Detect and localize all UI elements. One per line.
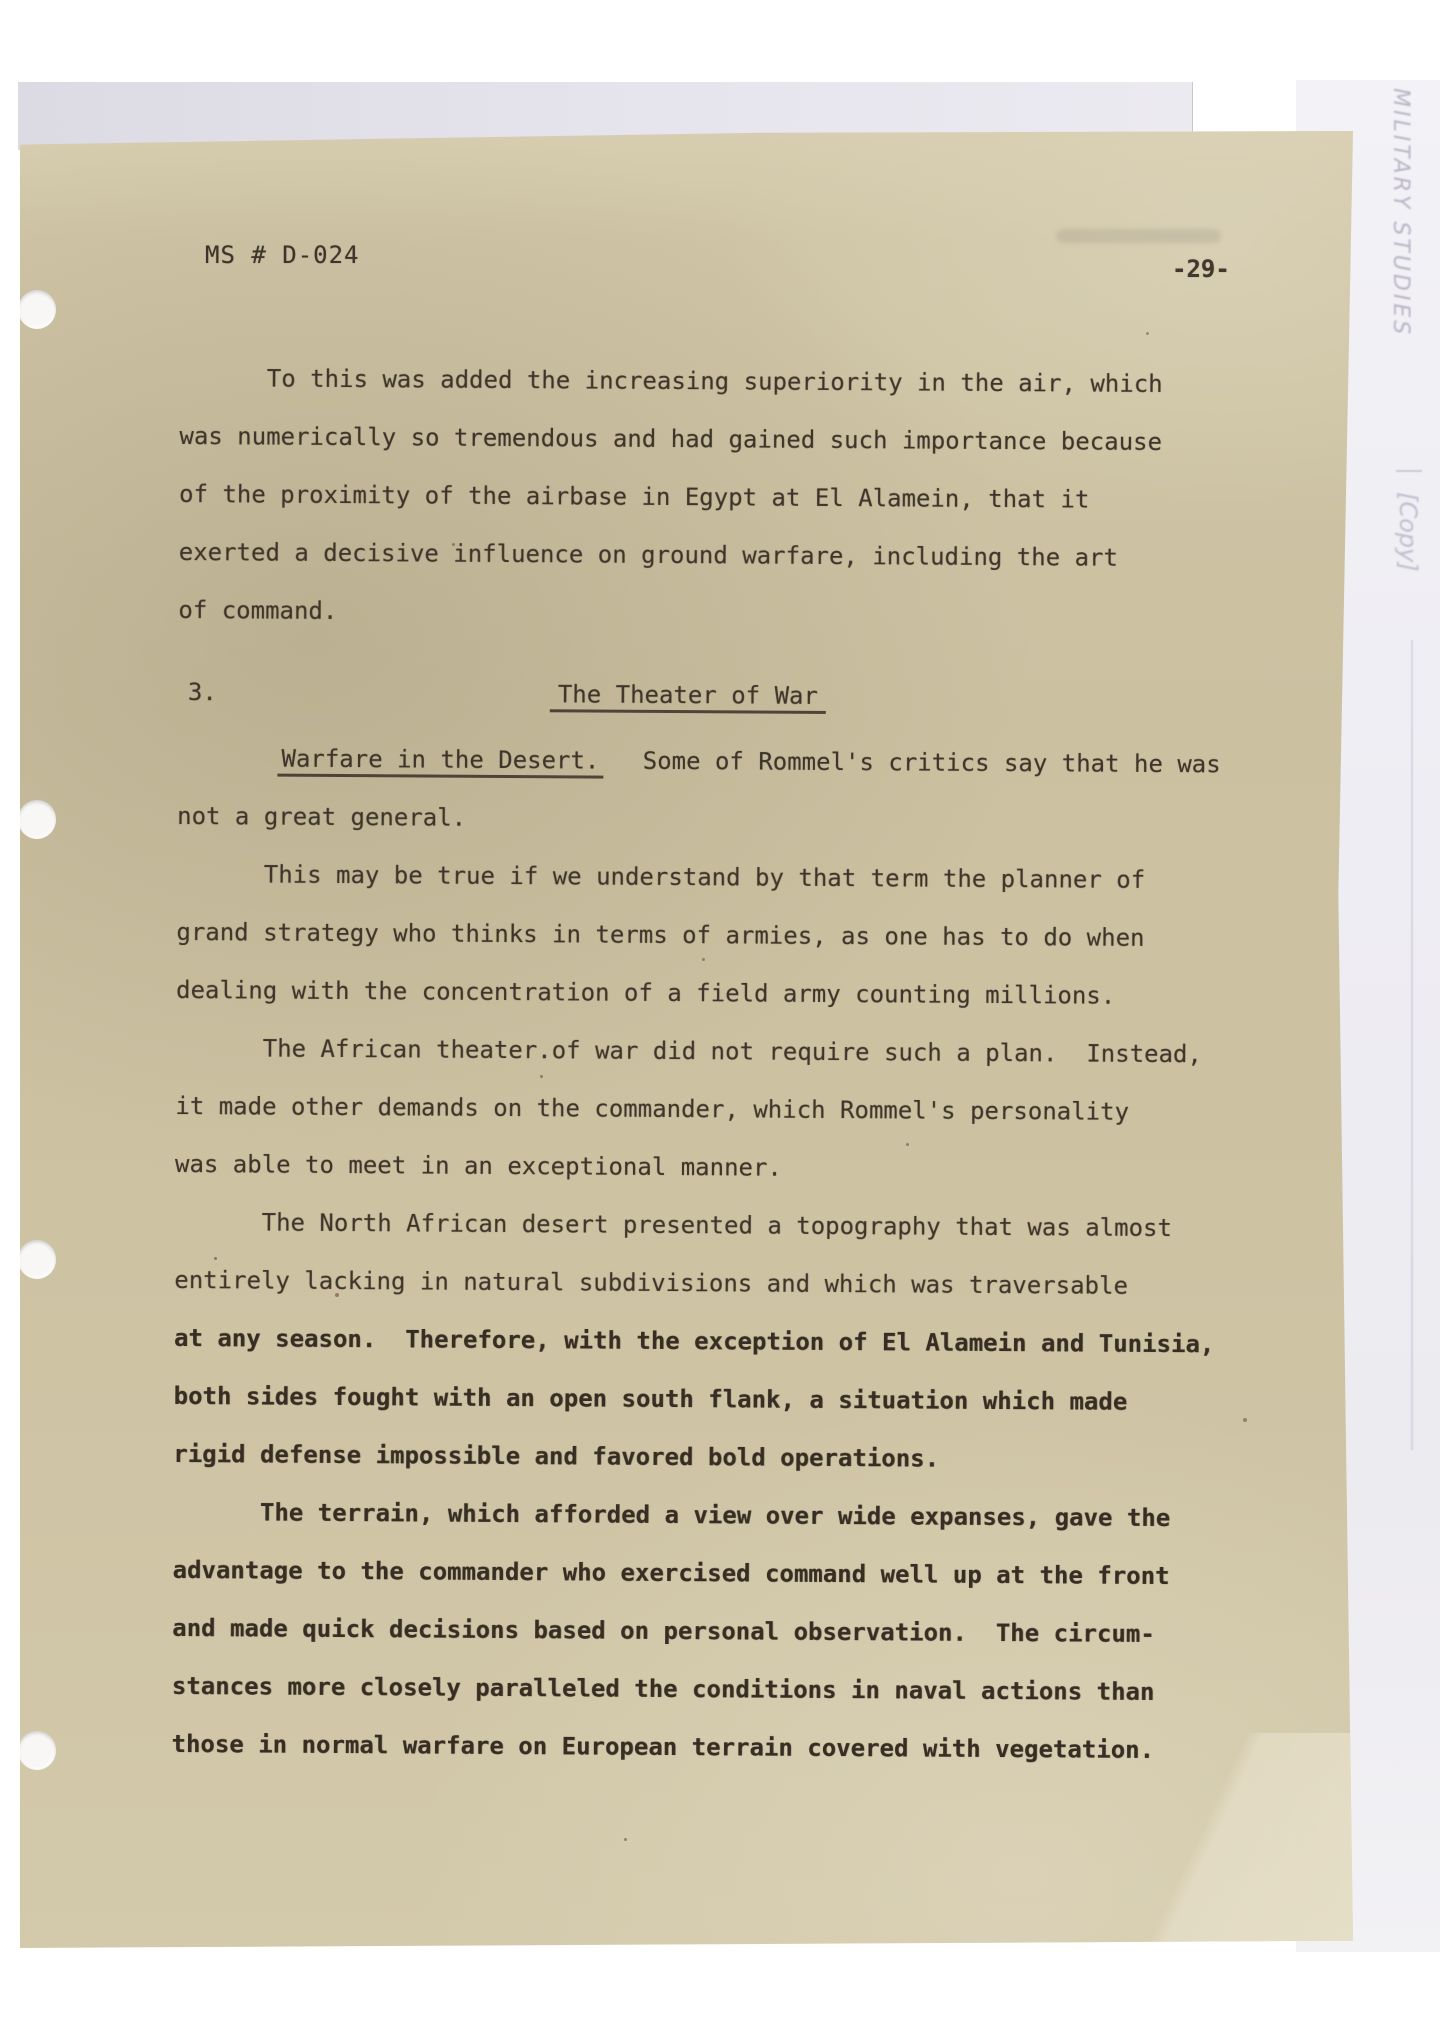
typed-line: stances more closely paralleled the cond… <box>172 1657 1192 1721</box>
paper-speck <box>452 543 455 546</box>
paper-smudge <box>1056 229 1221 243</box>
underlined-run-in-heading: Warfare in the Desert. <box>277 745 603 779</box>
typed-line: 3.The Theater of War <box>178 663 1198 727</box>
typed-line: was numerically so tremendous and had ga… <box>179 407 1199 471</box>
typed-line: To this was added the increasing superio… <box>180 349 1200 413</box>
punch-hole <box>18 800 56 839</box>
paper-speck <box>214 1257 217 1260</box>
typed-line: of command. <box>178 581 1198 645</box>
page-number: -29- <box>1172 255 1230 283</box>
typed-line: not a great general. <box>177 787 1197 851</box>
section-number: 3. <box>188 663 217 721</box>
typed-line: it made other demands on the commander, … <box>175 1077 1195 1141</box>
paper-speck <box>978 762 981 765</box>
section-title: The Theater of War <box>550 680 826 714</box>
typed-line: The terrain, which afforded a view over … <box>173 1483 1193 1547</box>
punch-hole <box>18 1731 56 1770</box>
typed-line: rigid defense impossible and favored bol… <box>173 1425 1193 1489</box>
punch-hole <box>18 1240 56 1279</box>
typed-line: Warfare in the Desert. Some of Rommel's … <box>177 729 1197 793</box>
typed-line: was able to meet in an exceptional manne… <box>175 1135 1195 1199</box>
manuscript-number: MS # D-024 <box>205 241 360 269</box>
paper-speck <box>1146 332 1149 335</box>
typed-line: advantage to the commander who exercised… <box>172 1541 1192 1605</box>
paper-speck <box>624 1838 627 1841</box>
typed-line: both sides fought with an open south fla… <box>173 1367 1193 1431</box>
paper-speck <box>906 1143 909 1146</box>
pencil-tick-mark <box>1396 470 1422 472</box>
paper-speck <box>702 958 705 961</box>
paper-speck <box>1243 1418 1247 1422</box>
typed-line: and made quick decisions based on person… <box>172 1599 1192 1663</box>
typed-line: entirely lacking in natural subdivisions… <box>174 1251 1194 1315</box>
typed-line: This may be true if we understand by tha… <box>177 845 1197 909</box>
folder-copy-label: [Copy] <box>1394 492 1422 772</box>
folder-vertical-label: MILITARY STUDIES <box>1388 88 1413 418</box>
pencil-line <box>1411 640 1413 1450</box>
typed-line: The North African desert presented a top… <box>174 1193 1194 1257</box>
typed-line: exerted a decisive influence on ground w… <box>179 523 1199 587</box>
typed-line: those in normal warfare on European terr… <box>171 1715 1191 1779</box>
paper-speck <box>335 1293 339 1297</box>
punch-hole <box>18 290 56 329</box>
typed-text-block: To this was added the increasing superio… <box>171 349 1200 1779</box>
typed-line: dealing with the concentration of a fiel… <box>176 961 1196 1025</box>
typed-line: of the proximity of the airbase in Egypt… <box>179 465 1199 529</box>
paper-speck <box>540 1075 543 1078</box>
typed-line: at any season. Therefore, with the excep… <box>174 1309 1194 1373</box>
typed-line: The African theater.of war did not requi… <box>176 1019 1196 1083</box>
document-page: MS # D-024 -29- To this was added the in… <box>20 131 1353 1948</box>
typed-line: grand strategy who thinks in terms of ar… <box>176 903 1196 967</box>
